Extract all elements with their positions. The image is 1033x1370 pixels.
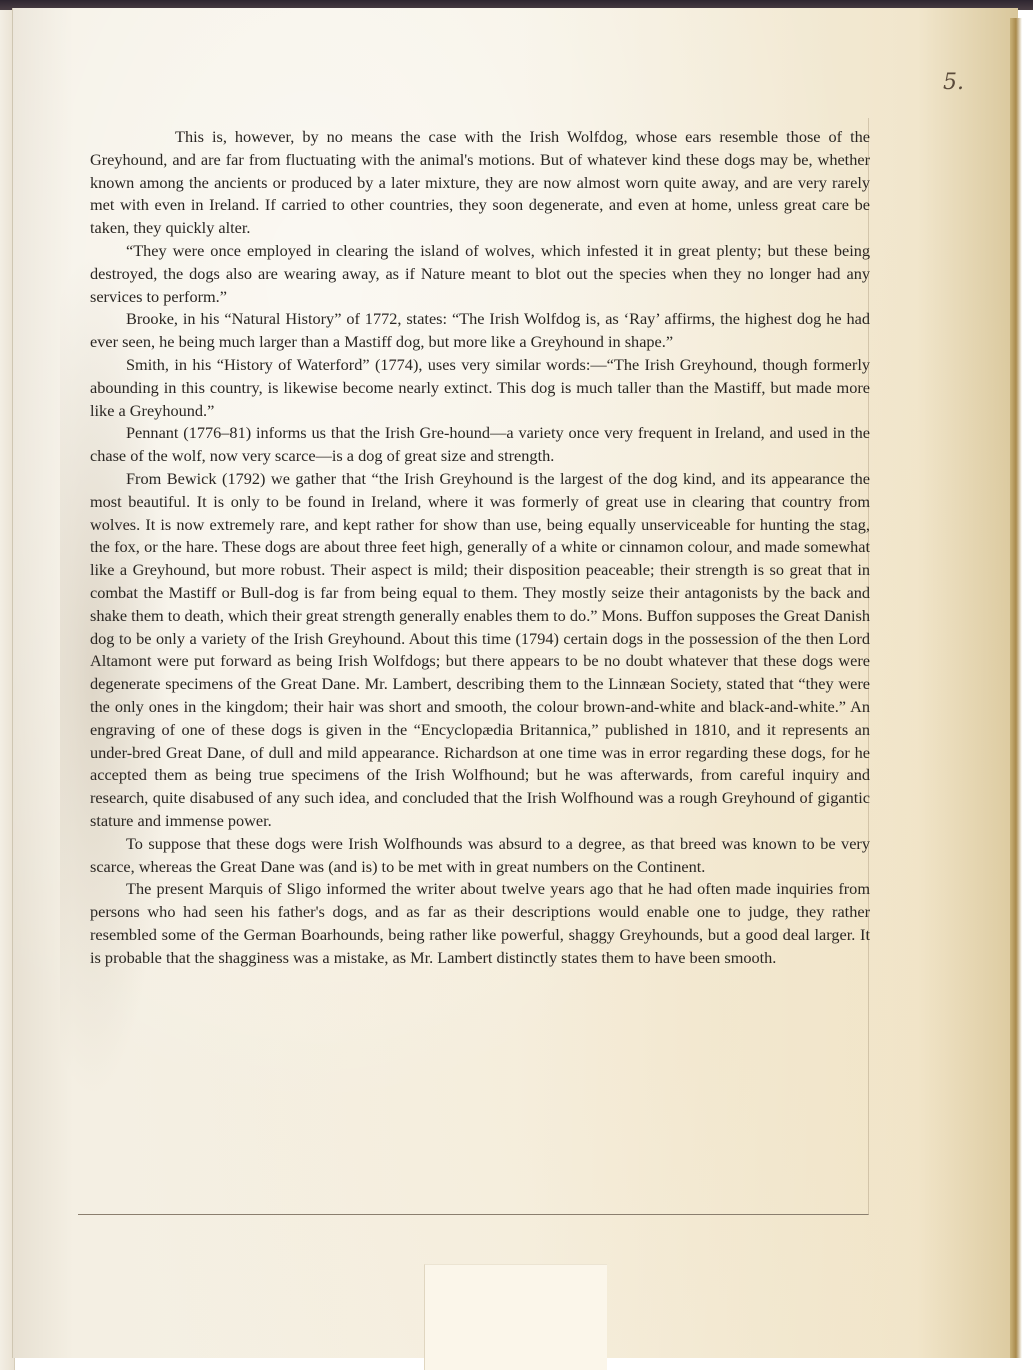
- page-right-edge: [1010, 18, 1022, 1358]
- pasted-paper-slip: [424, 1264, 607, 1370]
- paragraph: Smith, in his “History of Waterford” (17…: [90, 354, 870, 422]
- paragraph: From Bewick (1792) we gather that “the I…: [90, 468, 870, 833]
- paragraph: “They were once employed in clearing the…: [90, 240, 870, 308]
- paragraph: To suppose that these dogs were Irish Wo…: [90, 833, 870, 879]
- paragraph: Brooke, in his “Natural History” of 1772…: [90, 308, 870, 354]
- body-text: This is, however, by no means the case w…: [90, 126, 870, 969]
- paragraph: The present Marquis of Sligo informed th…: [90, 878, 870, 969]
- paragraph: Pennant (1776–81) informs us that the Ir…: [90, 422, 870, 468]
- page-number: 5.: [943, 70, 964, 95]
- paragraph: This is, however, by no means the case w…: [90, 126, 870, 240]
